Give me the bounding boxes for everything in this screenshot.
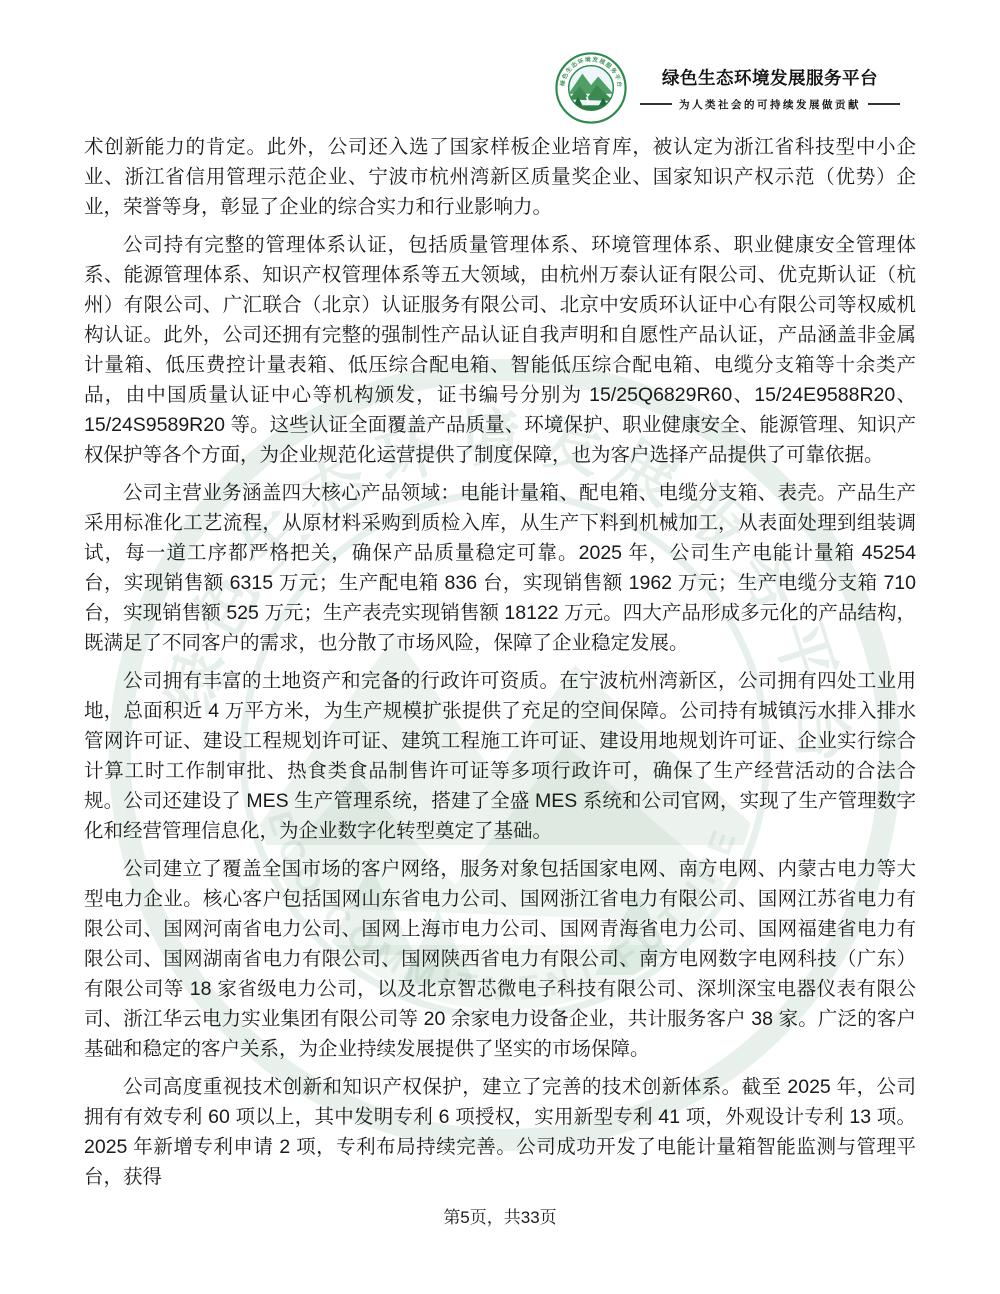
page-number: 第5页，共33页 <box>443 1208 556 1227</box>
tagline-divider-left <box>640 103 672 105</box>
paragraph: 术创新能力的肯定。此外，公司还入选了国家样板企业培育库，被认定为浙江省科技型中小… <box>84 132 916 222</box>
paragraph: 公司建立了覆盖全国市场的客户网络，服务对象包括国家电网、南方电网、内蒙古电力等大… <box>84 854 916 1064</box>
brand-name: 绿色生态环境发展服务平台 <box>662 65 878 90</box>
paragraph: 公司持有完整的管理体系认证，包括质量管理体系、环境管理体系、职业健康安全管理体系… <box>84 230 916 470</box>
document-page: 绿色生态环境发展服务平台 ECO COMMITMENT FUTURE 绿色生态环… <box>0 0 1000 1294</box>
page-footer: 第5页，共33页 <box>0 1203 1000 1228</box>
platform-logo-icon: 绿色生态环境发展服务平台 ECO COMMITMENT FUTURE <box>555 52 627 124</box>
paragraph: 公司高度重视技术创新和知识产权保护，建立了完善的技术创新体系。截至 2025 年… <box>84 1072 916 1192</box>
brand-tagline: 为人类社会的可持续发展做贡献 <box>679 97 861 112</box>
paragraph: 公司拥有丰富的土地资产和完备的行政许可资质。在宁波杭州湾新区，公司拥有四处工业用… <box>84 666 916 846</box>
brand-tagline-row: 为人类社会的可持续发展做贡献 <box>640 97 900 112</box>
header: 绿色生态环境发展服务平台 ECO COMMITMENT FUTURE 绿色生态环… <box>555 52 900 124</box>
paragraph: 公司主营业务涵盖四大核心产品领域：电能计量箱、配电箱、电缆分支箱、表壳。产品生产… <box>84 478 916 658</box>
tagline-divider-right <box>868 103 900 105</box>
document-body: 术创新能力的肯定。此外，公司还入选了国家样板企业培育库，被认定为浙江省科技型中小… <box>84 132 916 1200</box>
brand-block: 绿色生态环境发展服务平台 为人类社会的可持续发展做贡献 <box>640 65 900 112</box>
